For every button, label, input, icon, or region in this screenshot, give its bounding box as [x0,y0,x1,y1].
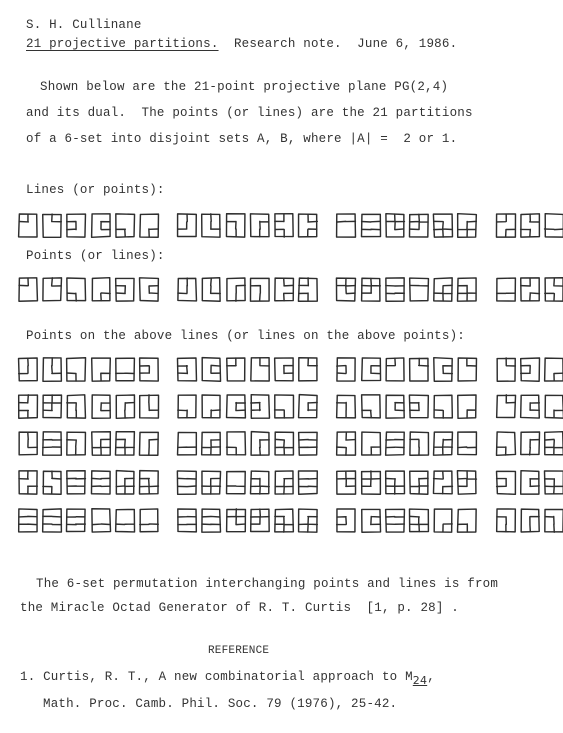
partition-diagram-icon [409,431,429,456]
partition-glyph [226,277,246,302]
partition-diagram-icon [298,213,318,238]
partition-glyph [409,394,429,419]
reference-subscript: 24 [413,674,427,687]
partition-diagram-icon [226,508,246,533]
partition-glyph [91,508,111,533]
partition-diagram-icon [42,431,62,456]
partition-glyph [139,277,159,302]
partition-diagram-icon [520,470,540,495]
partition-diagram-icon [409,357,429,382]
reference-suffix: , [427,670,435,684]
partition-diagram-icon [298,508,318,533]
partition-glyph [250,508,270,533]
partition-glyph [91,470,111,495]
partition-glyph [520,431,540,456]
partition-glyph [433,470,453,495]
partition-glyph [177,508,197,533]
partition-glyph [544,470,563,495]
reference-entry-line-1: 1. Curtis, R. T., A new combinatorial ap… [20,670,435,684]
partition-glyph [18,394,38,419]
partition-diagram-icon [18,277,38,302]
partition-glyph [91,394,111,419]
partition-glyph [433,431,453,456]
partition-diagram-icon [115,508,135,533]
partition-diagram-icon [385,394,405,419]
partition-diagram-icon [42,213,62,238]
partition-glyph [520,508,540,533]
partition-glyph [274,277,294,302]
partition-diagram-icon [361,277,381,302]
note-title: 21 projective partitions. [26,37,219,51]
note-type: Research note. [234,37,342,51]
partition-diagram-icon [496,431,516,456]
partition-glyph [298,508,318,533]
partition-diagram-icon [91,277,111,302]
partition-diagram-icon [336,277,356,302]
reference-entry-line-2: Math. Proc. Camb. Phil. Soc. 79 (1976), … [43,697,397,711]
partition-diagram-icon [385,431,405,456]
partition-diagram-icon [115,277,135,302]
partition-glyph [409,277,429,302]
partition-diagram-icon [433,431,453,456]
partition-diagram-icon [496,470,516,495]
partition-glyph [115,431,135,456]
partition-diagram-icon [250,357,270,382]
partition-diagram-icon [274,470,294,495]
partition-diagram-icon [298,357,318,382]
partition-diagram-icon [177,357,197,382]
partition-glyph [361,431,381,456]
partition-diagram-icon [385,357,405,382]
partition-glyph [496,357,516,382]
partition-diagram-icon [433,508,453,533]
partition-glyph [496,470,516,495]
partition-diagram-icon [18,213,38,238]
partition-glyph [91,277,111,302]
partition-diagram-icon [226,357,246,382]
partition-diagram-icon [139,277,159,302]
partition-glyph [42,508,62,533]
partition-diagram-icon [250,277,270,302]
partition-diagram-icon [66,470,86,495]
partition-diagram-icon [544,470,563,495]
partition-diagram-icon [520,431,540,456]
partition-glyph [115,277,135,302]
partition-glyph [274,431,294,456]
partition-glyph [18,213,38,238]
partition-glyph [226,394,246,419]
partition-diagram-icon [274,277,294,302]
partition-glyph [91,213,111,238]
partition-glyph [385,357,405,382]
partition-glyph [298,431,318,456]
partition-glyph [361,470,381,495]
partition-glyph [544,508,563,533]
partition-diagram-icon [91,357,111,382]
partition-diagram-icon [457,470,477,495]
partition-diagram-icon [544,357,563,382]
partition-diagram-icon [274,394,294,419]
partition-diagram-icon [433,470,453,495]
partition-diagram-icon [433,213,453,238]
partition-glyph [544,277,563,302]
partition-glyph [91,431,111,456]
partition-diagram-icon [66,508,86,533]
partition-glyph [274,470,294,495]
partition-glyph [298,470,318,495]
author: S. H. Cullinane [26,18,142,32]
partition-glyph [115,508,135,533]
partition-diagram-icon [361,213,381,238]
partition-diagram-icon [433,277,453,302]
partition-glyph [250,394,270,419]
partition-glyph [115,470,135,495]
partition-diagram-icon [336,213,356,238]
lines-label: Lines (or points): [26,183,165,197]
partition-glyph [42,394,62,419]
partition-glyph [520,394,540,419]
partition-diagram-icon [496,213,516,238]
partition-diagram-icon [274,213,294,238]
partition-diagram-icon [201,508,221,533]
partition-glyph [42,431,62,456]
partition-diagram-icon [226,213,246,238]
partition-glyph [42,213,62,238]
partition-glyph [544,213,563,238]
partition-diagram-icon [409,277,429,302]
partition-glyph [66,357,86,382]
partition-diagram-icon [409,213,429,238]
partition-glyph [177,431,197,456]
partition-diagram-icon [91,431,111,456]
partition-glyph [139,508,159,533]
partition-diagram-icon [361,394,381,419]
partition-diagram-icon [274,357,294,382]
partition-diagram-icon [298,277,318,302]
partition-diagram-icon [520,508,540,533]
partition-diagram-icon [115,394,135,419]
partition-glyph [201,357,221,382]
partition-diagram-icon [274,431,294,456]
incidence-row-1 [0,357,563,383]
partition-glyph [42,277,62,302]
partition-diagram-icon [385,508,405,533]
title-line: 21 projective partitions. Research note.… [26,37,457,51]
partition-glyph [520,277,540,302]
partition-glyph [433,357,453,382]
partition-glyph [250,213,270,238]
partition-glyph [177,394,197,419]
partition-diagram-icon [177,470,197,495]
partition-diagram-icon [496,508,516,533]
partition-glyph [336,277,356,302]
partition-diagram-icon [457,357,477,382]
reference-number: 1. [20,670,35,684]
partition-glyph [139,357,159,382]
partition-glyph [520,357,540,382]
partition-glyph [201,277,221,302]
partition-glyph [139,431,159,456]
closing-line-2: the Miracle Octad Generator of R. T. Cur… [20,601,459,615]
partition-diagram-icon [115,213,135,238]
partition-glyph [544,431,563,456]
partition-diagram-icon [226,277,246,302]
partition-glyph [544,357,563,382]
partition-diagram-icon [66,213,86,238]
partition-glyph [457,470,477,495]
partition-diagram-icon [250,213,270,238]
partition-diagram-icon [457,277,477,302]
partition-glyph [298,394,318,419]
partition-glyph [336,508,356,533]
partition-glyph [385,213,405,238]
partition-diagram-icon [385,213,405,238]
partition-glyph [409,213,429,238]
partition-diagram-icon [226,394,246,419]
partition-diagram-icon [409,394,429,419]
partition-diagram-icon [409,508,429,533]
partition-diagram-icon [250,508,270,533]
partition-glyph [385,431,405,456]
partition-diagram-icon [115,431,135,456]
partition-glyph [496,213,516,238]
partition-glyph [250,470,270,495]
partition-diagram-icon [544,213,563,238]
partition-glyph [336,394,356,419]
partition-diagram-icon [201,431,221,456]
partition-glyph [226,431,246,456]
partition-glyph [226,213,246,238]
partition-diagram-icon [457,431,477,456]
partition-diagram-icon [250,431,270,456]
partition-glyph [115,394,135,419]
partition-diagram-icon [177,394,197,419]
partition-diagram-icon [177,277,197,302]
note-date: June 6, 1986. [357,37,457,51]
partition-glyph [66,508,86,533]
partition-diagram-icon [42,508,62,533]
partition-diagram-icon [544,508,563,533]
partition-diagram-icon [385,277,405,302]
partition-glyph [66,470,86,495]
intro-line-2: and its dual. The points (or lines) are … [26,106,473,120]
partition-glyph [433,213,453,238]
partition-glyph [139,213,159,238]
reference-heading: REFERENCE [208,645,269,657]
partition-diagram-icon [115,357,135,382]
partition-glyph [66,277,86,302]
partition-diagram-icon [201,470,221,495]
partition-diagram-icon [139,470,159,495]
partition-diagram-icon [433,357,453,382]
partition-glyph [361,277,381,302]
partition-glyph [115,357,135,382]
partition-diagram-icon [139,357,159,382]
partition-glyph [520,213,540,238]
partition-glyph [457,213,477,238]
partition-diagram-icon [496,277,516,302]
partition-diagram-icon [139,431,159,456]
partition-glyph [177,470,197,495]
partition-glyph [201,470,221,495]
partition-glyph [409,357,429,382]
partition-diagram-icon [42,357,62,382]
partition-diagram-icon [250,394,270,419]
partition-glyph [226,508,246,533]
partition-diagram-icon [336,470,356,495]
partition-diagram-icon [177,213,197,238]
partition-diagram-icon [139,394,159,419]
partition-diagram-icon [361,470,381,495]
partition-diagram-icon [18,394,38,419]
partition-diagram-icon [385,470,405,495]
incidence-row-5 [0,508,563,534]
partition-diagram-icon [66,431,86,456]
partition-diagram-icon [201,277,221,302]
partition-diagram-icon [201,357,221,382]
intro-line-1: Shown below are the 21-point projective … [40,80,448,94]
partition-glyph [336,431,356,456]
partition-glyph [457,394,477,419]
partition-diagram-icon [226,431,246,456]
partition-glyph [409,508,429,533]
partition-diagram-icon [18,431,38,456]
partition-glyph [226,357,246,382]
partition-glyph [433,394,453,419]
partition-glyph [177,277,197,302]
partition-glyph [115,213,135,238]
partition-glyph [226,470,246,495]
partition-glyph [42,470,62,495]
partition-glyph [274,394,294,419]
partition-glyph [520,470,540,495]
partition-diagram-icon [66,277,86,302]
partition-glyph [385,508,405,533]
partition-diagram-icon [18,470,38,495]
partition-glyph [139,394,159,419]
partition-diagram-icon [42,394,62,419]
partition-glyph [18,277,38,302]
partition-diagram-icon [361,431,381,456]
partition-glyph [385,277,405,302]
partition-glyph [177,357,197,382]
partition-diagram-icon [457,213,477,238]
partition-glyph [496,508,516,533]
partition-diagram-icon [298,470,318,495]
partition-glyph [433,508,453,533]
partition-glyph [18,508,38,533]
partition-glyph [457,508,477,533]
partition-diagram-icon [115,470,135,495]
partition-diagram-icon [250,470,270,495]
partition-diagram-icon [201,213,221,238]
partition-diagram-icon [544,394,563,419]
partition-diagram-icon [336,508,356,533]
partition-diagram-icon [361,508,381,533]
partition-diagram-icon [201,394,221,419]
partition-glyph [544,394,563,419]
partition-glyph [496,277,516,302]
incidence-row-2 [0,394,563,420]
points-label: Points (or lines): [26,249,165,263]
partition-diagram-icon [91,213,111,238]
incidence-label: Points on the above lines (or lines on t… [26,329,465,343]
partition-glyph [250,277,270,302]
partition-glyph [361,508,381,533]
partition-diagram-icon [496,394,516,419]
partition-diagram-icon [433,394,453,419]
partition-diagram-icon [336,431,356,456]
partition-glyph [91,357,111,382]
partition-glyph [250,357,270,382]
partition-diagram-icon [361,357,381,382]
partition-glyph [274,357,294,382]
partition-glyph [457,431,477,456]
partition-glyph [409,470,429,495]
partition-glyph [457,357,477,382]
points-row [0,277,563,303]
partition-diagram-icon [457,508,477,533]
partition-glyph [201,394,221,419]
partition-glyph [298,213,318,238]
partition-diagram-icon [42,277,62,302]
partition-glyph [385,470,405,495]
partition-glyph [457,277,477,302]
partition-diagram-icon [42,470,62,495]
partition-diagram-icon [139,213,159,238]
partition-diagram-icon [298,394,318,419]
partition-glyph [361,213,381,238]
reference-text: Curtis, R. T., A new combinatorial appro… [43,670,413,684]
partition-glyph [496,431,516,456]
partition-glyph [139,470,159,495]
partition-diagram-icon [409,470,429,495]
partition-glyph [201,213,221,238]
partition-diagram-icon [457,394,477,419]
partition-glyph [250,431,270,456]
incidence-row-4 [0,470,563,496]
partition-glyph [336,470,356,495]
partition-diagram-icon [336,357,356,382]
partition-glyph [18,357,38,382]
partition-diagram-icon [66,394,86,419]
partition-diagram-icon [91,470,111,495]
partition-glyph [274,213,294,238]
partition-glyph [66,431,86,456]
partition-diagram-icon [520,394,540,419]
partition-diagram-icon [18,508,38,533]
partition-diagram-icon [274,508,294,533]
incidence-row-3 [0,431,563,457]
partition-glyph [18,431,38,456]
partition-glyph [298,357,318,382]
partition-diagram-icon [336,394,356,419]
partition-diagram-icon [18,357,38,382]
partition-diagram-icon [544,431,563,456]
partition-glyph [496,394,516,419]
partition-glyph [385,394,405,419]
partition-diagram-icon [91,394,111,419]
partition-glyph [177,213,197,238]
partition-glyph [409,431,429,456]
partition-glyph [201,431,221,456]
partition-glyph [274,508,294,533]
partition-diagram-icon [544,277,563,302]
partition-diagram-icon [226,470,246,495]
partition-glyph [298,277,318,302]
partition-glyph [42,357,62,382]
partition-glyph [201,508,221,533]
